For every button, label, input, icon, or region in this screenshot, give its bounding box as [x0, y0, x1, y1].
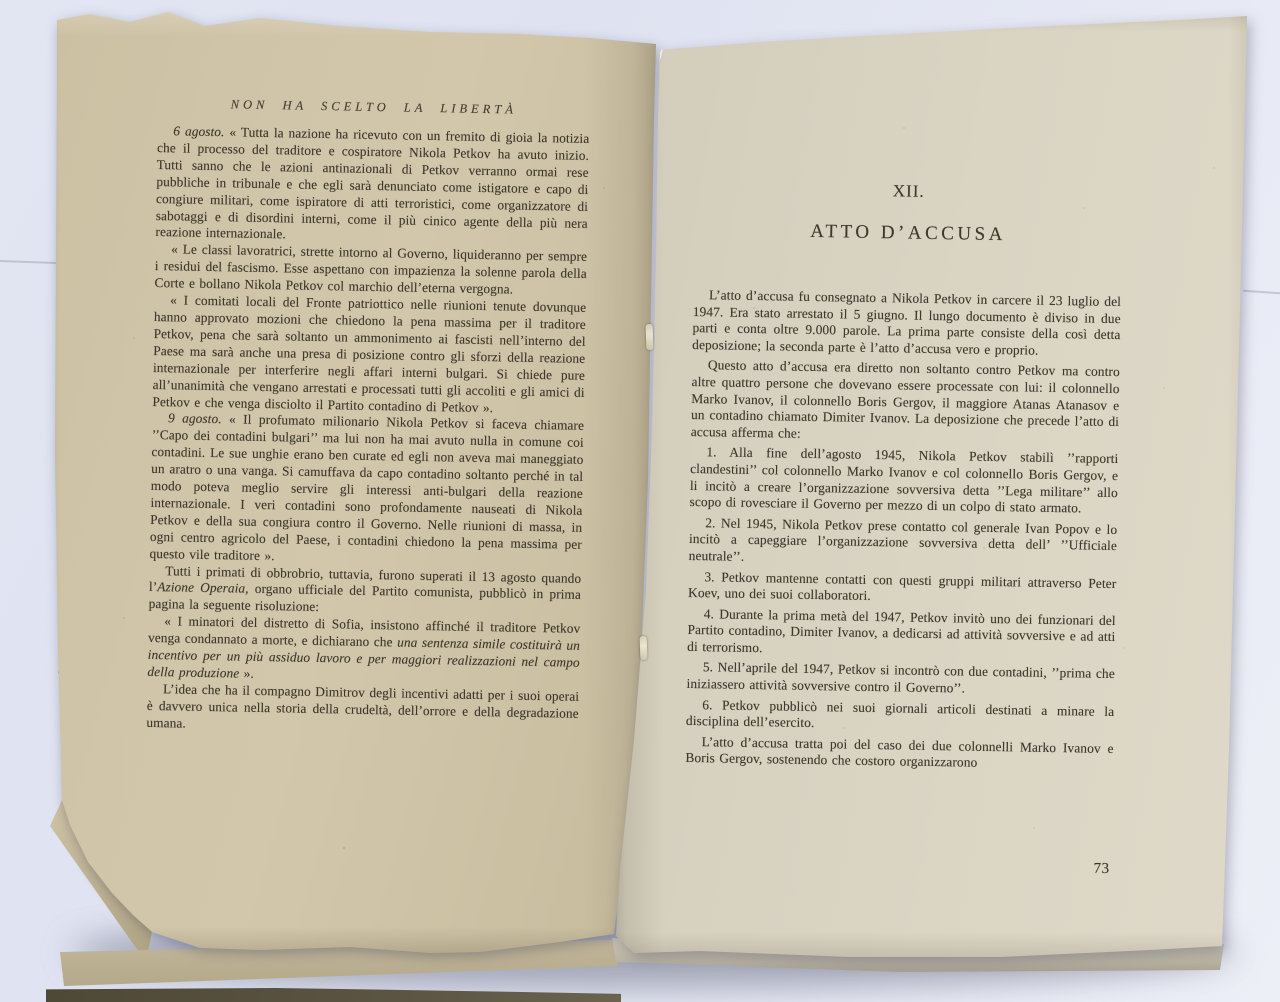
paragraph: « Le classi lavoratrici, strette intorno… [154, 241, 587, 300]
running-header: NON HA SCELTO LA LIBERTÀ [158, 96, 590, 119]
left-page: NON HA SCELTO LA LIBERTÀ 6 agosto. « Tut… [44, 8, 664, 960]
right-page: XII. ATTO D’ACCUSA L’atto d’accusa fu co… [604, 8, 1254, 960]
paragraph: L’idea che ha il compagno Dimitrov degli… [146, 681, 579, 740]
left-page-body: 6 agosto. « Tutta la nazione ha ricevuto… [146, 123, 589, 739]
text-run: 4. Durante la prima metà del 1947, Petko… [687, 606, 1116, 655]
page-number: 73 [1093, 861, 1109, 878]
fore-edge-mark [53, 626, 57, 631]
paragraph: 5. Nell’aprile del 1947, Petkov si incon… [686, 659, 1114, 699]
text-run: L’atto d’accusa tratta poi del caso dei … [685, 734, 1113, 770]
text-run: « Le classi lavoratrici, strette intorno… [154, 242, 587, 297]
text-run: L’idea che ha il compagno Dimitrov degli… [146, 681, 579, 730]
text-run: « Tutta la nazione ha ricevuto con un fr… [155, 124, 589, 242]
text-run: L’atto d’accusa fu consegnato a Nikola P… [692, 287, 1121, 357]
paragraph: 3. Petkov mantenne contatti con questi g… [688, 568, 1116, 608]
right-page-wrap: XII. ATTO D’ACCUSA L’atto d’accusa fu co… [604, 8, 1254, 960]
text-run: 6. Petkov pubblicò nei suoi giornali art… [686, 697, 1114, 730]
binding-stitch-bottom [640, 636, 648, 660]
text-run: « Il profumato milionario Nikola Petkov … [149, 412, 584, 563]
paragraph: 6 agosto. « Tutta la nazione ha ricevuto… [155, 123, 589, 249]
paragraph: « I comitati locali del Fronte patriotti… [152, 292, 586, 418]
text-run: ». [239, 666, 254, 681]
photo-of-open-book: NON HA SCELTO LA LIBERTÀ 6 agosto. « Tut… [0, 0, 1280, 1002]
binding-stitch-top [646, 324, 654, 350]
fore-edge-mark [55, 670, 59, 675]
chapter-number: XII. [695, 178, 1123, 205]
text-run: Questo atto d’accusa era diretto non sol… [691, 358, 1120, 441]
paragraph: Tutti i primati di obbrobrio, tuttavia, … [149, 562, 582, 621]
fore-edge-mark [50, 444, 54, 449]
paragraph: L’atto d’accusa fu consegnato a Nikola P… [692, 287, 1121, 360]
italic-text-run: 9 agosto. [168, 411, 222, 427]
paragraph: 2. Nel 1945, Nikola Petkov prese contatt… [689, 515, 1118, 572]
paragraph: Questo atto d’accusa era diretto non sol… [691, 357, 1120, 447]
chapter-title: ATTO D’ACCUSA [694, 219, 1122, 248]
paragraph: « I minatori del distretto di Sofia, ins… [147, 613, 580, 689]
fore-edge-mark [51, 518, 55, 523]
paragraph: L’atto d’accusa tratta poi del caso dei … [685, 734, 1113, 774]
left-page-wrap: NON HA SCELTO LA LIBERTÀ 6 agosto. « Tut… [44, 8, 664, 960]
text-run: 3. Petkov mantenne contatti con questi g… [688, 569, 1116, 603]
text-run: « I comitati locali del Fronte patriotti… [152, 292, 586, 414]
paragraph: 4. Durante la prima metà del 1947, Petko… [687, 606, 1116, 663]
paragraph: 6. Petkov pubblicò nei suoi giornali art… [686, 697, 1114, 737]
italic-text-run: Azione Operaia [157, 580, 245, 597]
fore-edge-mark [52, 574, 56, 579]
right-page-text: XII. ATTO D’ACCUSA L’atto d’accusa fu co… [685, 178, 1123, 774]
paragraph: 9 agosto. « Il profumato milionario Niko… [149, 410, 584, 570]
text-run: 2. Nel 1945, Nikola Petkov prese contatt… [689, 515, 1118, 564]
right-page-body: L’atto d’accusa fu consegnato a Nikola P… [685, 287, 1121, 774]
left-page-text: NON HA SCELTO LA LIBERTÀ 6 agosto. « Tut… [146, 96, 590, 739]
italic-text-run: 6 agosto. [173, 123, 224, 139]
paragraph: 1. Alla fine dell’agosto 1945, Nikola Pe… [689, 444, 1118, 517]
text-run: 5. Nell’aprile del 1947, Petkov si incon… [686, 660, 1114, 696]
text-run: 1. Alla fine dell’agosto 1945, Nikola Pe… [690, 445, 1119, 516]
